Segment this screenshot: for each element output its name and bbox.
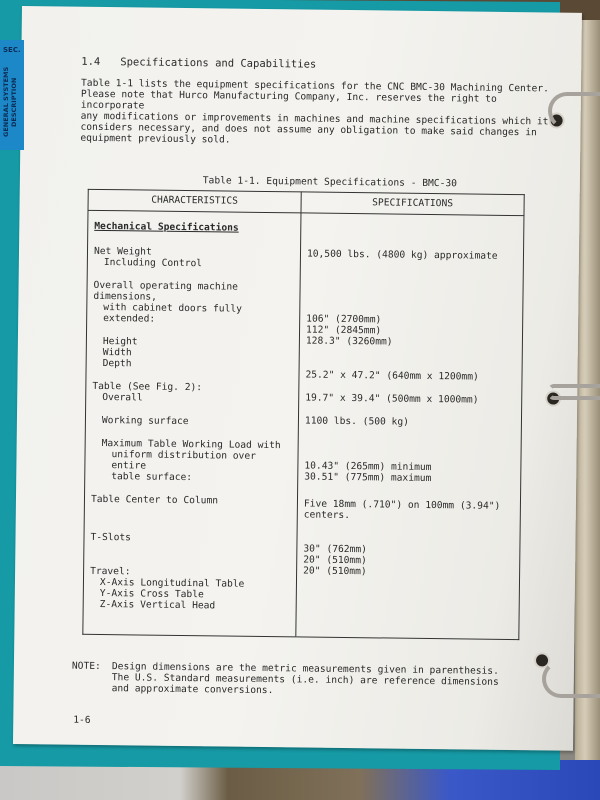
characteristic-working-surface: Working surface [92,415,292,428]
note-label: NOTE: [72,661,112,694]
characteristic-table-center: Table Center to Column [91,494,291,518]
binder-ring-top [548,92,600,130]
section-tab[interactable]: SEC. GENERAL SYSTEMS DESCRIPTION [0,40,24,150]
specifications-column: 10,500 lbs. (4800 kg) approximate 106" (… [296,213,524,640]
document-page: 1.4 Specifications and Capabilities Tabl… [13,6,582,751]
characteristic-hwd: Height Width Depth [93,336,293,371]
specifications-table: CHARACTERISTICS SPECIFICATIONS Mechanica… [82,189,524,640]
column-header-specifications: SPECIFICATIONS [301,192,524,216]
spec-table-center: 10.43" (265mm) minimum 30.51" (775mm) ma… [304,460,514,485]
note: NOTE: Design dimensions are the metric m… [72,661,517,699]
characteristic-net-weight: Net Weight Including Control [94,246,294,270]
characteristic-max-load: Maximum Table Working Load with uniform … [91,438,292,484]
spec-working-surface: 19.7" x 39.4" (500mm x 1000mm) [305,392,515,406]
table-body-row: Mechanical Specifications Net Weight Inc… [83,210,524,639]
section-number: 1.4 [81,57,100,68]
spec-table-overall: 25.2" x 47.2" (640mm x 1200mm) [305,358,515,383]
group-title: Mechanical Specifications [94,221,294,234]
section-tab-label: GENERAL SYSTEMS DESCRIPTION [2,62,22,142]
characteristic-overall-dimensions: Overall operating machine dimensions, wi… [93,280,294,326]
note-text: Design dimensions are the metric measure… [112,661,517,699]
intro-paragraph: Table 1-1 lists the equipment specificat… [80,78,551,150]
spec-hwd: 106" (2700mm) 112" (2845mm) 128.3" (3260… [306,313,516,349]
page-content: 1.4 Specifications and Capabilities Tabl… [74,57,552,700]
binder-ring-middle [548,384,600,400]
column-header-characteristics: CHARACTERISTICS [88,189,301,213]
characteristic-table-overall: Table (See Fig. 2): Overall [92,381,292,405]
spec-travel: 30" (762mm) 20" (510mm) 20" (510mm) [303,532,514,579]
characteristics-column: Mechanical Specifications Net Weight Inc… [83,210,301,637]
table-caption: Table 1-1. Equipment Specifications - BM… [80,174,550,191]
section-tab-sec-label: SEC. [3,46,21,54]
characteristic-t-slots: T-Slots [90,532,290,556]
characteristic-travel: Travel: X-Axis Longitudinal Table Y-Axis… [90,566,291,612]
section-heading: 1.4 Specifications and Capabilities [81,57,551,74]
binder-ring-bottom [542,660,600,698]
page-number: 1-6 [73,715,90,726]
spec-max-load: 1100 lbs. (500 kg) [305,415,515,429]
spec-t-slots: Five 18mm (.710") on 100mm (3.94") cente… [304,498,514,523]
section-title: Specifications and Capabilities [120,57,316,70]
spec-net-weight: 10,500 lbs. (4800 kg) approximate [307,249,517,263]
